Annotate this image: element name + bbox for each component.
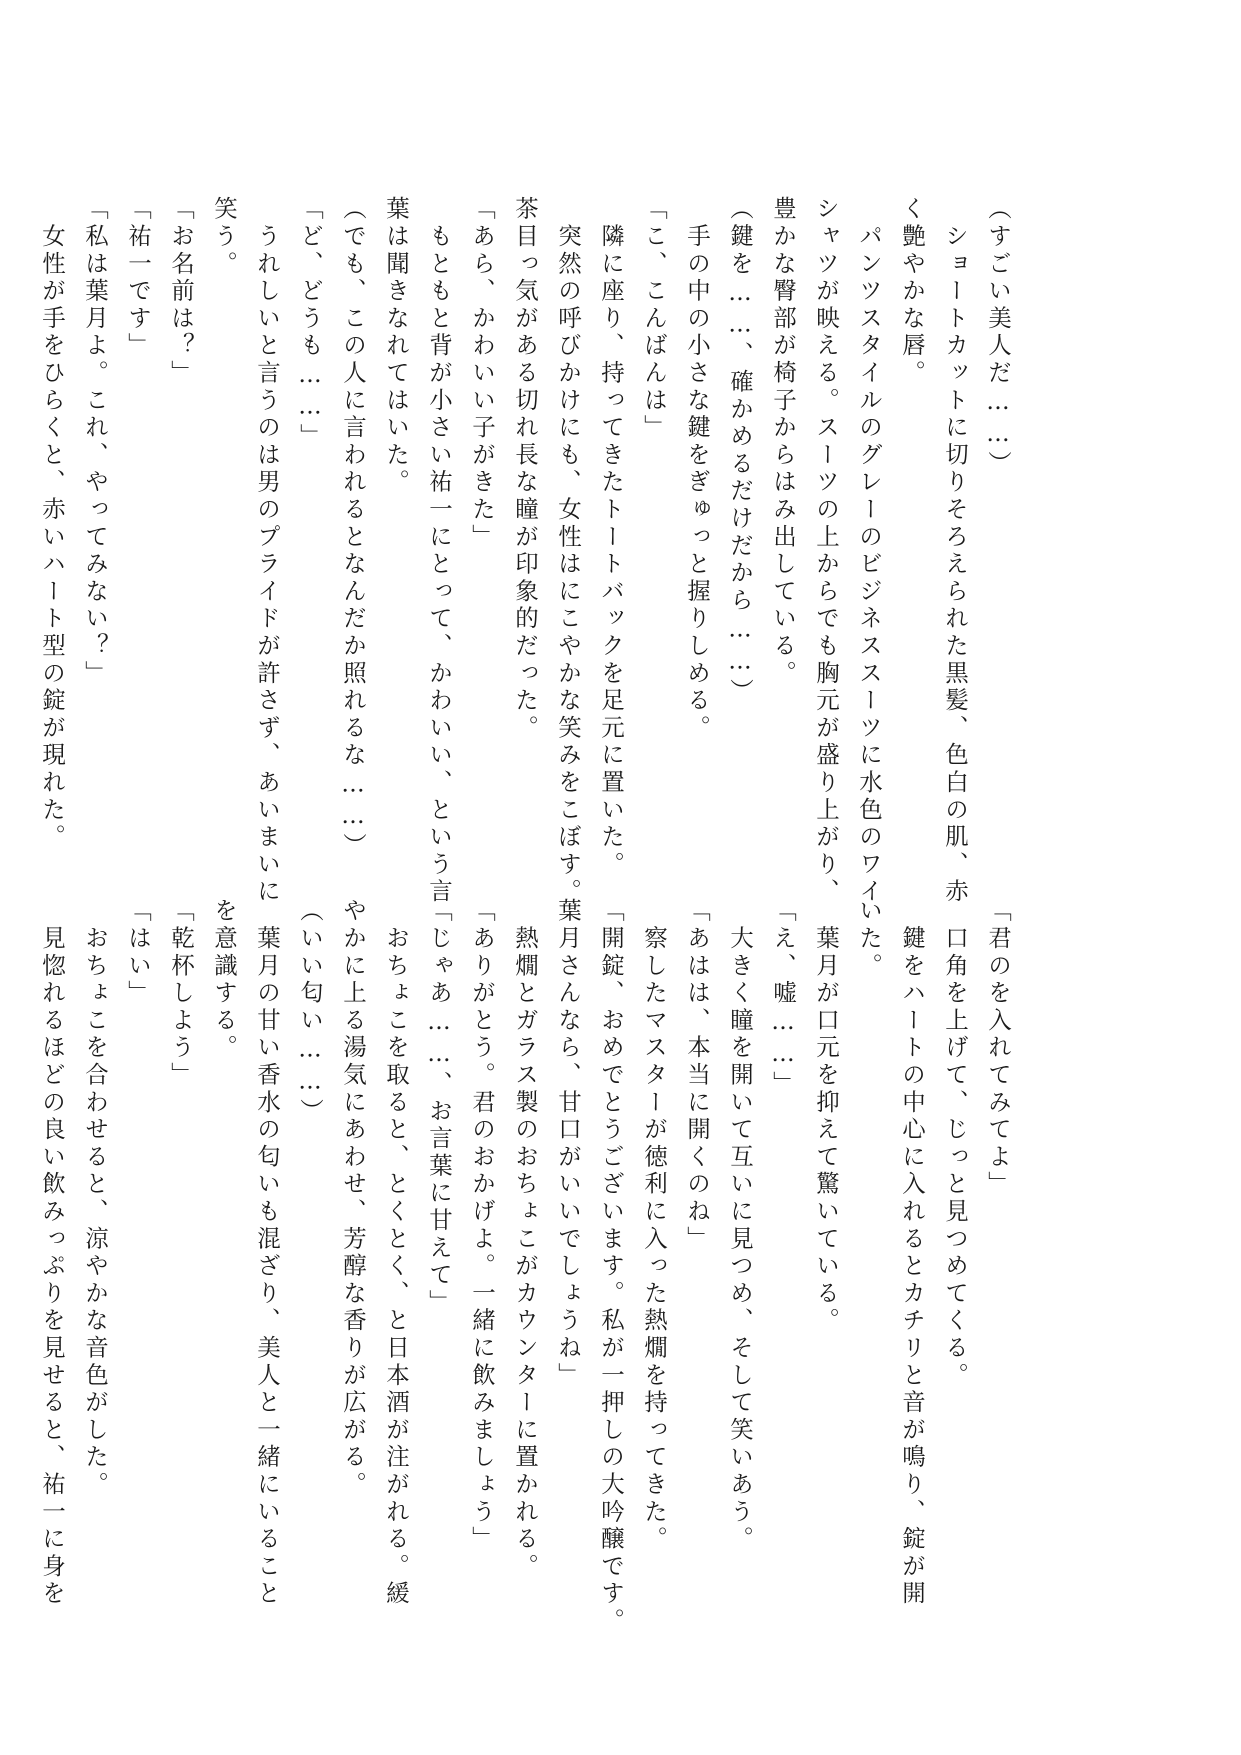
text-line: 「あはは、本当に開くのね」 [675, 898, 718, 1518]
text-line: 「こ、こんばんは」 [632, 196, 675, 816]
text-line: 「ありがとう。君のおかげよ。一緒に飲みましょう」 [460, 898, 503, 1518]
text-line: （鍵を……、確かめるだけだから……） [718, 196, 761, 816]
text-line: うれしいと言うのは男のプライドが許さず、あいまいに [245, 196, 288, 816]
text-line: 手の中の小さな鍵をぎゅっと握りしめる。 [675, 196, 718, 816]
text-line: おちょこを合わせると、涼やかな音色がした。 [73, 898, 116, 1518]
text-line: もともと背が小さい祐一にとって、かわいい、という言 [417, 196, 460, 816]
text-block-lower: 「君のを入れてみてよ」 口角を上げて、じっと見つめてくる。 鍵をハートの中心に入… [30, 898, 1019, 1518]
text-line: おちょこを取ると、とくとく、と日本酒が注がれる。緩 [374, 898, 417, 1518]
text-line: 「開錠、おめでとうございます。私が一押しの大吟醸です。 [589, 898, 632, 1518]
text-line: 熱燗とガラス製のおちょこがカウンターに置かれる。 [503, 898, 546, 1518]
text-line: 「私は葉月よ。これ、やってみない？」 [73, 196, 116, 816]
text-line: を意識する。 [202, 898, 245, 1518]
text-line: 葉月が口元を抑えて驚いている。 [804, 898, 847, 1518]
text-line: （いい匂い……） [288, 898, 331, 1518]
text-line: 茶目っ気がある切れ長な瞳が印象的だった。 [503, 196, 546, 816]
text-line: 「はい」 [116, 898, 159, 1518]
text-line: ショートカットに切りそろえられた黒髪、色白の肌、赤 [933, 196, 976, 816]
text-line: く艶やかな唇。 [890, 196, 933, 816]
text-line: 「ど、どうも……」 [288, 196, 331, 816]
text-line: いた。 [847, 898, 890, 1518]
text-line: やかに上る湯気にあわせ、芳醇な香りが広がる。 [331, 898, 374, 1518]
text-line: 「君のを入れてみてよ」 [976, 898, 1019, 1518]
text-line: 口角を上げて、じっと見つめてくる。 [933, 898, 976, 1518]
text-line: 隣に座り、持ってきたトートバックを足元に置いた。 [589, 196, 632, 816]
text-line: 葉月の甘い香水の匂いも混ざり、美人と一緒にいること [245, 898, 288, 1518]
text-block-upper: （すごい美人だ……） ショートカットに切りそろえられた黒髪、色白の肌、赤 く艶や… [30, 196, 1019, 816]
text-line: （すごい美人だ……） [976, 196, 1019, 816]
text-line: 女性が手をひらくと、赤いハート型の錠が現れた。 [30, 196, 73, 816]
text-line: 「乾杯しよう」 [159, 898, 202, 1518]
text-line: 「え、嘘……」 [761, 898, 804, 1518]
text-line: （でも、この人に言われるとなんだか照れるな……） [331, 196, 374, 816]
text-line: 豊かな臀部が椅子からはみ出している。 [761, 196, 804, 816]
text-line: 「じゃあ……、お言葉に甘えて」 [417, 898, 460, 1518]
text-line: 大きく瞳を開いて互いに見つめ、そして笑いあう。 [718, 898, 761, 1518]
text-line: 見惚れるほどの良い飲みっぷりを見せると、祐一に身を [30, 898, 73, 1518]
text-line: 鍵をハートの中心に入れるとカチリと音が鳴り、錠が開 [890, 898, 933, 1518]
text-line: 葉は聞きなれてはいた。 [374, 196, 417, 816]
text-line: 察したマスターが徳利に入った熱燗を持ってきた。 [632, 898, 675, 1518]
text-line: パンツスタイルのグレーのビジネススーツに水色のワイ [847, 196, 890, 816]
text-line: 「祐一です」 [116, 196, 159, 816]
text-line: 「お名前は？」 [159, 196, 202, 816]
text-line: シャツが映える。スーツの上からでも胸元が盛り上がり、 [804, 196, 847, 816]
text-line: 突然の呼びかけにも、女性はにこやかな笑みをこぼす。 [546, 196, 589, 816]
text-line: 「あら、かわいい子がきた」 [460, 196, 503, 816]
text-line: 葉月さんなら、甘口がいいでしょうね」 [546, 898, 589, 1518]
text-line: 笑う。 [202, 196, 245, 816]
